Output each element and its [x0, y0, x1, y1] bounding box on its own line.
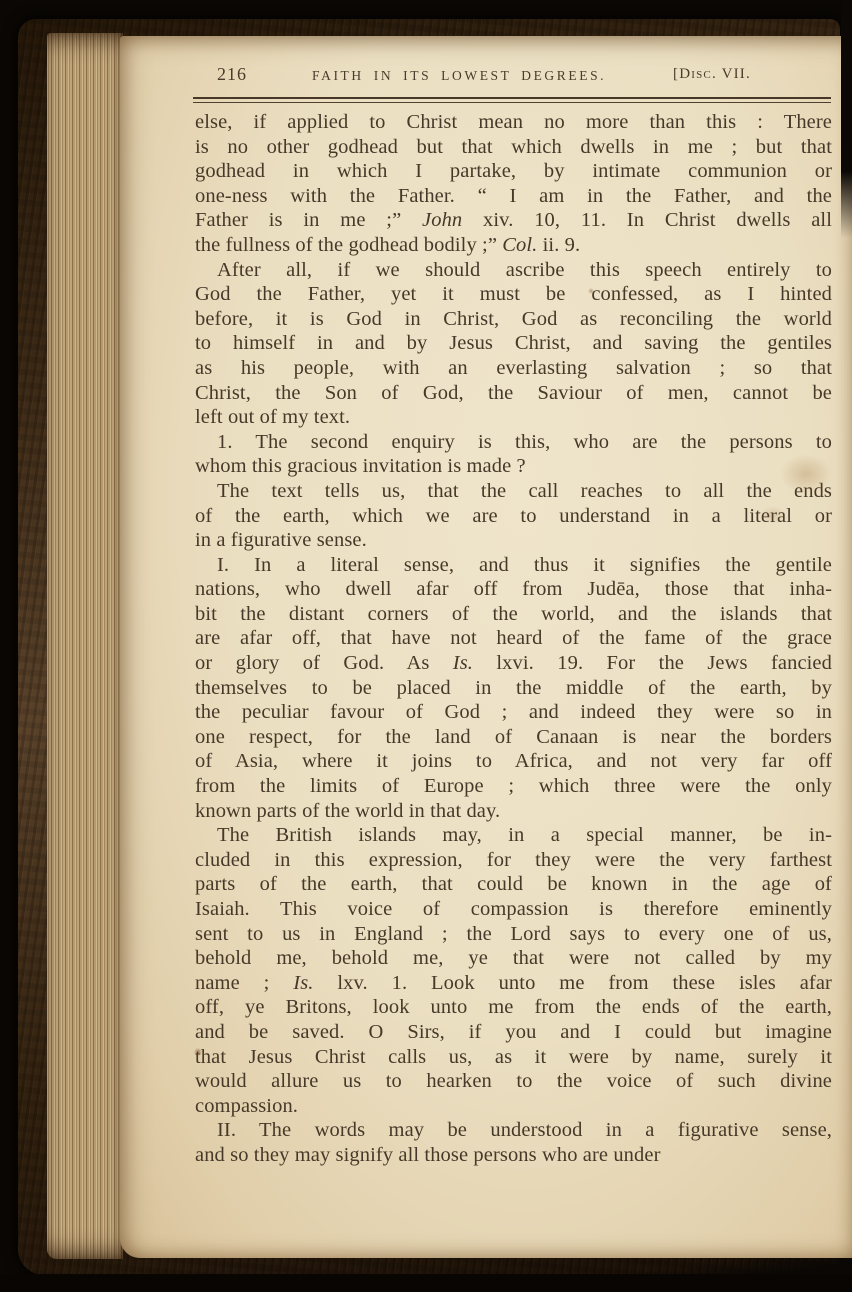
paragraph: I. In a literal sense, and thus it signi… [195, 553, 832, 824]
text-line: godhead in which I partake, by intimate … [195, 159, 832, 184]
text-line: name ; Is. lxv. 1. Look unto me from the… [195, 971, 832, 996]
text-line: off, ye Britons, look unto me from the e… [195, 995, 832, 1020]
photo-shadow-top-right [841, 0, 852, 238]
text-line: of the earth, which we are to understand… [195, 504, 832, 529]
paragraph: II. The words may be understood in a fig… [195, 1118, 832, 1167]
text-line: known parts of the world in that day. [195, 799, 832, 824]
paragraph: The British islands may, in a special ma… [195, 823, 832, 1118]
page-body-text: else, if applied to Christ mean no more … [195, 110, 832, 1168]
text-line: The text tells us, that the call reaches… [195, 479, 832, 504]
paragraph: 1. The second enquiry is this, who are t… [195, 430, 832, 479]
text-line: themselves to be placed in the middle of… [195, 676, 832, 701]
text-line: and be saved. O Sirs, if you and I could… [195, 1020, 832, 1045]
text-line: Isaiah. This voice of compassion is ther… [195, 897, 832, 922]
header-double-rule [193, 97, 831, 103]
text-line: compassion. [195, 1094, 832, 1119]
text-line: cluded in this expression, for they were… [195, 848, 832, 873]
text-line: to himself in and by Jesus Christ, and s… [195, 331, 832, 356]
text-line: left out of my text. [195, 405, 832, 430]
discourse-marker: [Disc. VII. [673, 66, 751, 83]
text-line: the fullness of the godhead bodily ;” Co… [195, 233, 832, 258]
book-page-fore-edge [47, 33, 123, 1259]
text-line: II. The words may be understood in a fig… [195, 1118, 832, 1143]
text-line: The British islands may, in a special ma… [195, 823, 832, 848]
text-line: are afar off, that have not heard of the… [195, 626, 832, 651]
text-line: whom this gracious invitation is made ? [195, 454, 832, 479]
text-line: and so they may signify all those person… [195, 1143, 832, 1168]
paragraph: After all, if we should ascribe this spe… [195, 258, 832, 430]
page-number: 216 [217, 64, 247, 85]
running-title: FAITH IN ITS LOWEST DEGREES. [312, 68, 606, 84]
text-line: 1. The second enquiry is this, who are t… [195, 430, 832, 455]
text-line: else, if applied to Christ mean no more … [195, 110, 832, 135]
text-line: one respect, for the land of Canaan is n… [195, 725, 832, 750]
text-line: bit the distant corners of the world, an… [195, 602, 832, 627]
text-line: from the limits of Europe ; which three … [195, 774, 832, 799]
text-line: of Asia, where it joins to Africa, and n… [195, 749, 832, 774]
text-line: Father is in me ;” John xiv. 10, 11. In … [195, 208, 832, 233]
book-page: 216 FAITH IN ITS LOWEST DEGREES. [Disc. … [120, 36, 852, 1258]
text-line: one-ness with the Father. “ I am in the … [195, 184, 832, 209]
photo-backdrop: { "page_header": { "page_number": "216",… [0, 0, 852, 1292]
text-line: God the Father, yet it must be confessed… [195, 282, 832, 307]
photo-backdrop-bottom [0, 1274, 852, 1292]
text-line: is no other godhead but that which dwell… [195, 135, 832, 160]
text-line: as his people, with an everlasting salva… [195, 356, 832, 381]
text-line: nations, who dwell afar off from Judēa, … [195, 577, 832, 602]
text-line: parts of the earth, that could be known … [195, 872, 832, 897]
text-line: or glory of God. As Is. lxvi. 19. For th… [195, 651, 832, 676]
text-line: Christ, the Son of God, the Saviour of m… [195, 381, 832, 406]
text-line: sent to us in England ; the Lord says to… [195, 922, 832, 947]
text-line: I. In a literal sense, and thus it signi… [195, 553, 832, 578]
text-line: that Jesus Christ calls us, as it were b… [195, 1045, 832, 1070]
paragraph: The text tells us, that the call reaches… [195, 479, 832, 553]
text-line: in a figurative sense. [195, 528, 832, 553]
text-line: would allure us to hearken to the voice … [195, 1069, 832, 1094]
text-line: before, it is God in Christ, God as reco… [195, 307, 832, 332]
text-line: the peculiar favour of God ; and indeed … [195, 700, 832, 725]
text-line: behold me, behold me, ye that were not c… [195, 946, 832, 971]
paragraph: else, if applied to Christ mean no more … [195, 110, 832, 258]
text-line: After all, if we should ascribe this spe… [195, 258, 832, 283]
